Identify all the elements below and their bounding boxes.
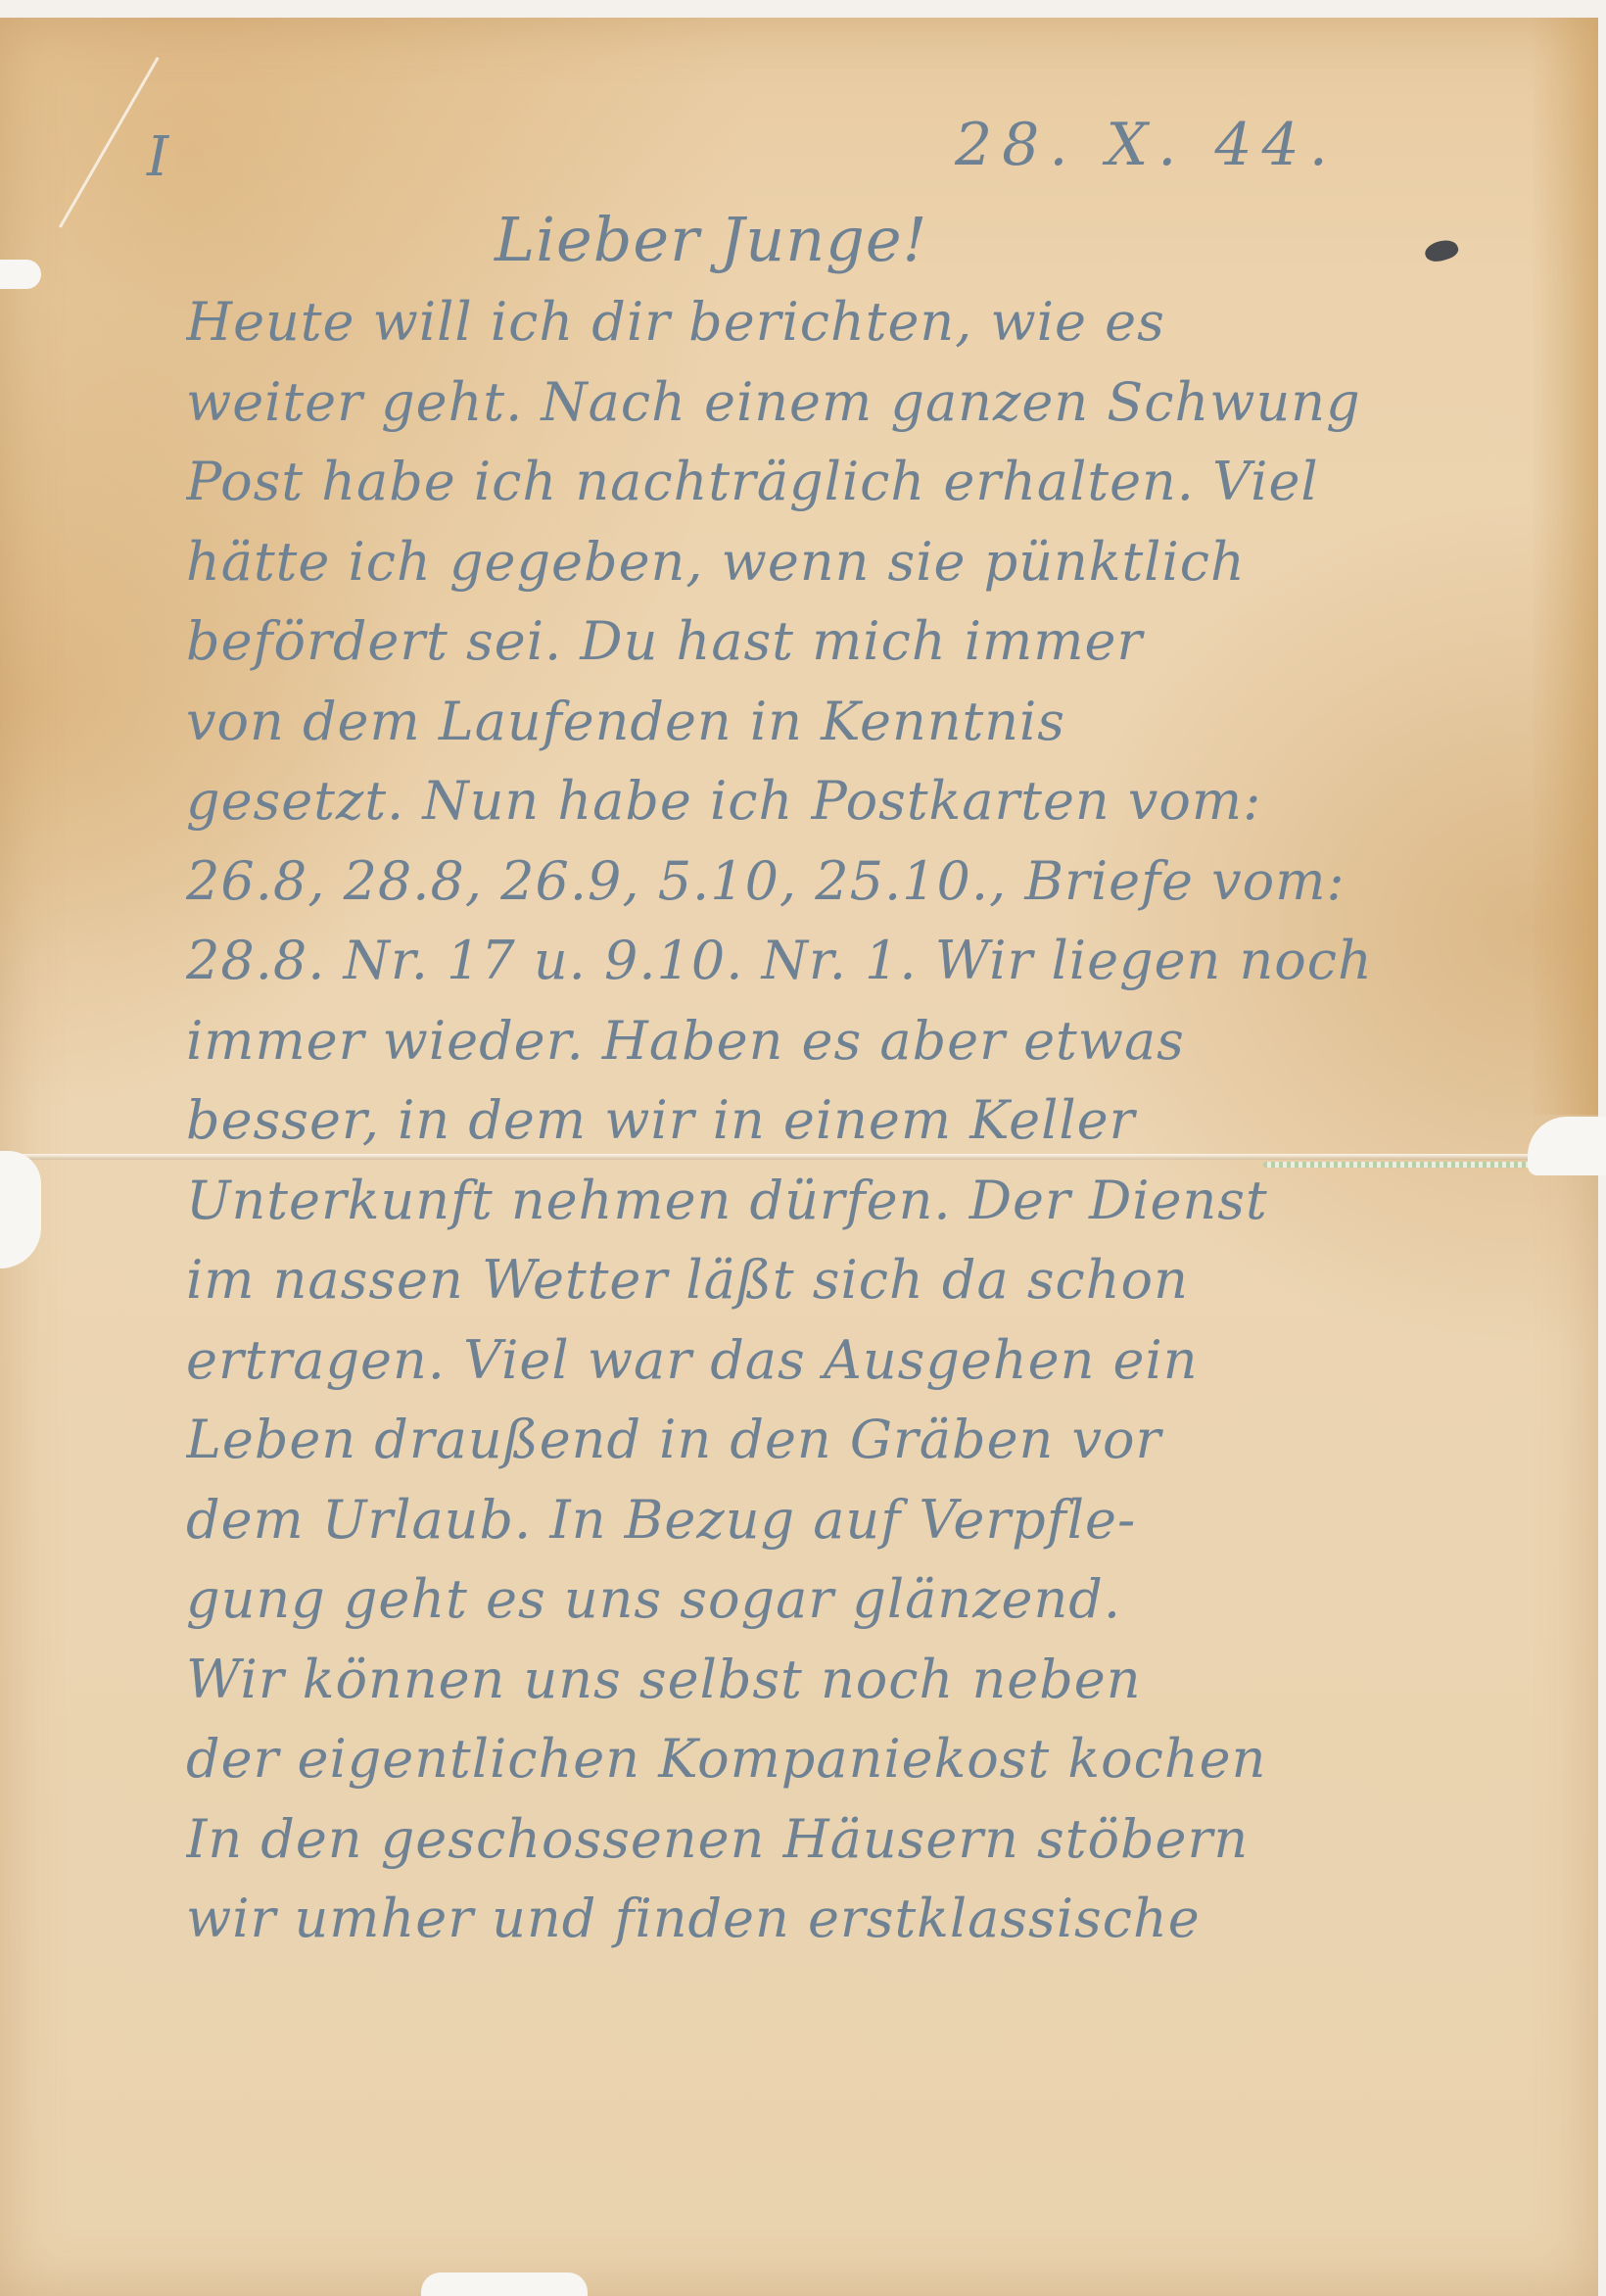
letter-date: 28. X. 44. [955,111,1338,179]
body-line: hätte ich gegeben, wenn sie pünktlich [186,522,1498,602]
body-line: ertragen. Viel war das Ausgehen ein [186,1320,1498,1401]
body-line: von dem Laufenden in Kenntnis [186,682,1498,762]
body-line: Leben draußend in den Gräben vor [186,1400,1498,1480]
salutation: Lieber Junge! [495,204,927,275]
letter-paper: I 28. X. 44. Lieber Junge! Heute will ic… [0,18,1598,2296]
torn-edge [0,260,41,289]
body-line: befördert sei. Du hast mich immer [186,601,1498,682]
body-line: besser, in dem wir in einem Keller [186,1080,1498,1161]
body-line: im nassen Wetter läßt sich da schon [186,1240,1498,1320]
letter-body: Heute will ich dir berichten, wie es wei… [186,282,1498,1959]
body-line: weiter geht. Nach einem ganzen Schwung [186,362,1498,443]
page-marker: I [147,125,169,189]
body-line: 26.8, 28.8, 26.9, 5.10, 25.10., Briefe v… [186,841,1498,922]
body-line: 28.8. Nr. 17 u. 9.10. Nr. 1. Wir liegen … [186,921,1498,1001]
body-line: gesetzt. Nun habe ich Postkarten vom: [186,761,1498,841]
body-line: der eigentlichen Kompaniekost kochen [186,1719,1498,1799]
body-line: In den geschossenen Häusern stöbern [186,1799,1498,1880]
paper-crease [59,57,160,228]
paper-stain-right [1530,18,1598,1115]
body-line: Unterkunft nehmen dürfen. Der Dienst [186,1161,1498,1241]
body-line: wir umher und finden erstklassische [186,1879,1498,1959]
body-line: Wir können uns selbst noch neben [186,1640,1498,1720]
body-line: Heute will ich dir berichten, wie es [186,282,1498,362]
body-line: immer wieder. Haben es aber etwas [186,1001,1498,1081]
body-line: Post habe ich nachträglich erhalten. Vie… [186,442,1498,522]
body-line: gung geht es uns sogar glänzend. [186,1559,1498,1640]
body-line: dem Urlaub. In Bezug auf Verpfle- [186,1480,1498,1560]
torn-edge [421,2272,588,2296]
ink-spot [1423,236,1461,265]
